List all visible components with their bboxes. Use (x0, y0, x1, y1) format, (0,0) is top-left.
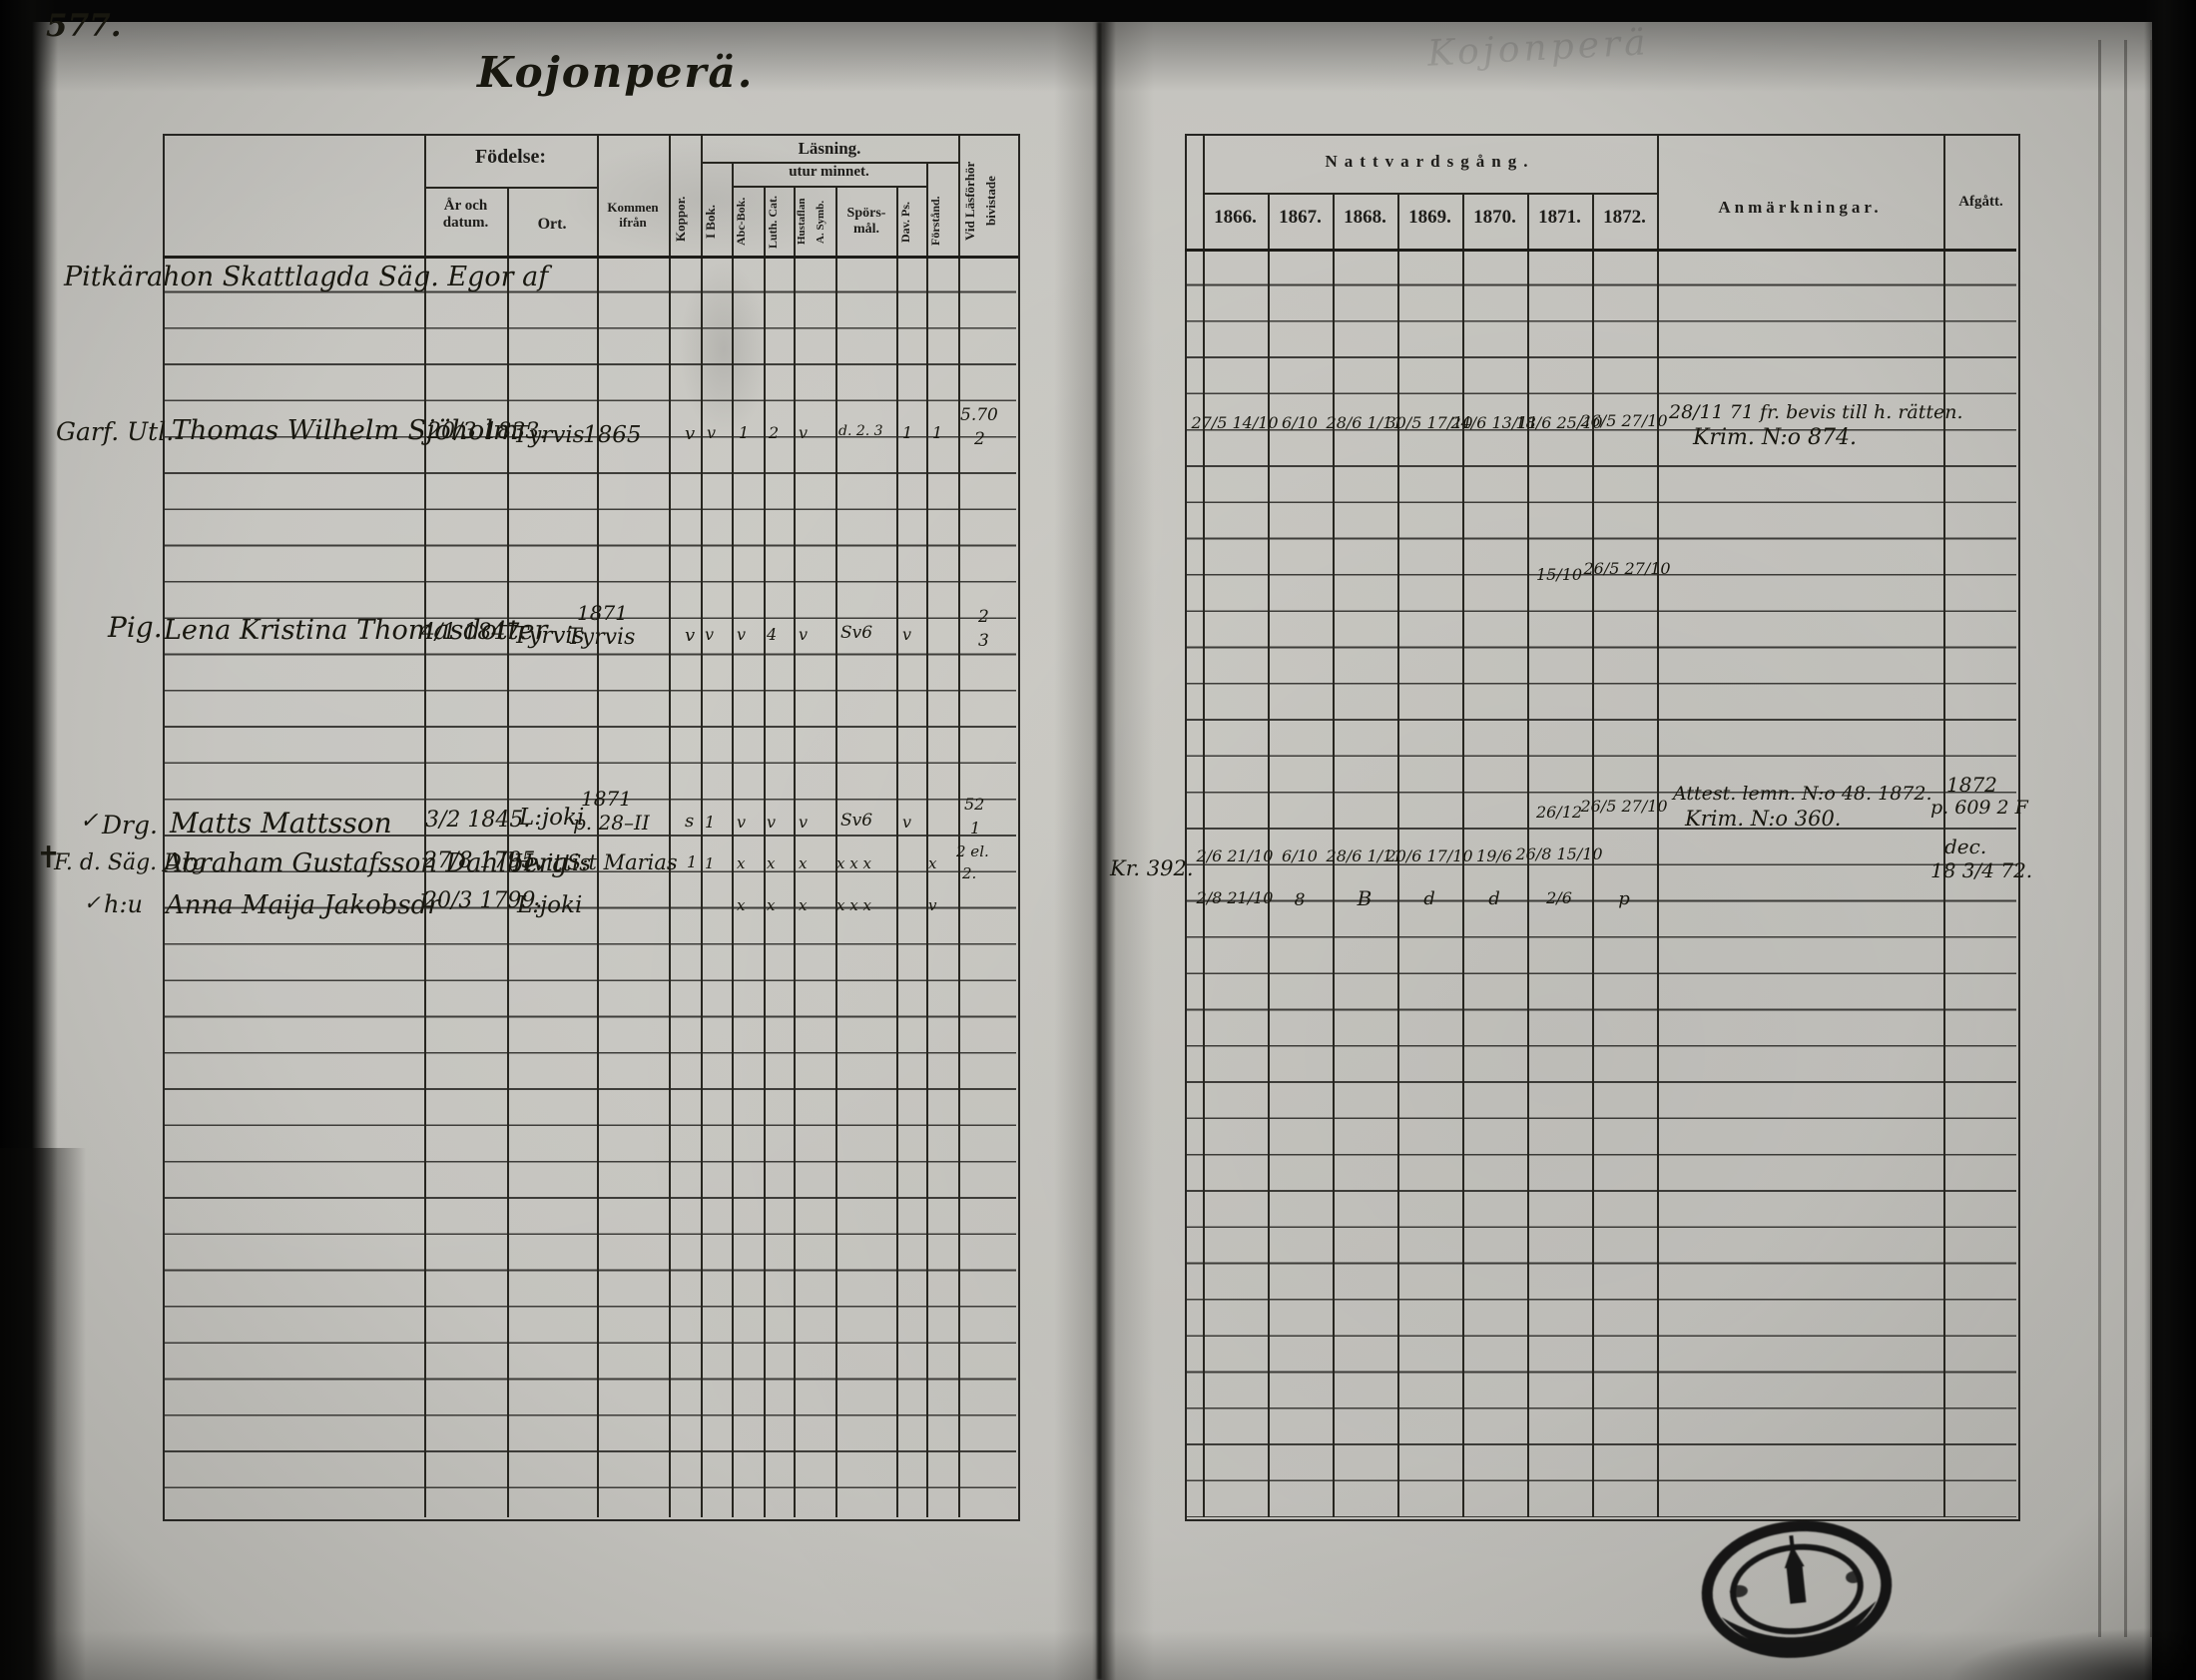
examination-mark: 52 (964, 795, 984, 814)
reading-mark: v (767, 813, 776, 832)
entry-name: Anna Maija Jakobsdr (166, 890, 440, 920)
column-header-luth-cat: Luth. Cat. (766, 190, 792, 254)
entry-arrived-year: 1871 (577, 601, 628, 625)
column-header-anmarkningar: Anmärkningar. (1657, 198, 1943, 218)
entry-margin-note: h:u (104, 890, 143, 918)
communion-dates-1872: 26/5 27/10 (1569, 411, 1679, 430)
entry-birthplace: L:joki (517, 892, 582, 918)
column-header-dav-ps: Dav. Ps. (898, 190, 924, 254)
communion-dates-1872: 26/5 27/10 (1569, 797, 1679, 816)
examination-mark: 1 (970, 819, 980, 838)
column-header-sporsmal: Spörs- mål. (837, 206, 895, 238)
scan-edge-left-bottom (0, 1148, 86, 1680)
reading-mark: x x x (836, 896, 871, 914)
ruled-grid-right (1187, 250, 2016, 1517)
header-bottom-line (163, 256, 1018, 259)
header-bottom-line (1185, 249, 2016, 252)
column-divider (732, 162, 734, 1517)
book-fold-line (1097, 22, 1102, 1680)
examination-mark: 5.70 (960, 405, 998, 425)
column-divider (835, 186, 837, 1517)
entry-birthdate: 4/1 1847. (421, 620, 526, 645)
entry-smallpox-mark: v (685, 625, 695, 646)
reading-mark: x (799, 896, 807, 914)
reading-mark: v (707, 423, 716, 442)
examination-mark: 2 el. (956, 842, 989, 860)
page-title: Kojonperä. (477, 48, 754, 97)
reading-mark: v (737, 625, 746, 644)
reading-mark: 4 (767, 625, 777, 644)
entry-birthplace: Tyrvis (513, 422, 584, 448)
column-header-utur-minnet: utur minnet. (732, 164, 926, 181)
reading-mark: 1 (705, 854, 715, 872)
reading-mark: 1 (902, 423, 912, 442)
reading-mark: v (705, 625, 714, 644)
column-divider (1657, 134, 1659, 1517)
book-fold-shadow (1054, 22, 1154, 1680)
column-header-fodelse: Födelse: (424, 146, 597, 169)
examination-mark: 2 (974, 429, 985, 449)
remark-line: 28/11 71 fr. bevis till h. rätten. (1669, 401, 1963, 423)
reading-mark: v (799, 625, 808, 644)
remark-line: Krim. N:o 874. (1693, 425, 1857, 450)
column-header-ar-och-datum: År och datum. (426, 198, 505, 232)
departure-note: dec. (1944, 835, 1986, 858)
reading-mark: x (767, 854, 775, 872)
column-header-hustaflan: Hustaflan (796, 190, 816, 254)
column-divider (764, 186, 766, 1517)
departure-note: 1872 (1946, 773, 1997, 797)
year-header-1866: 1866. (1203, 207, 1268, 229)
reading-mark: x (767, 896, 775, 914)
column-header-afgatt: Afgått. (1943, 194, 2018, 211)
entry-arrived-from: 1865 (583, 422, 642, 448)
column-header-abc-bok: Abc-Bok. (734, 190, 762, 254)
communion-dates-1872: p (1569, 888, 1679, 909)
column-divider (794, 186, 796, 1517)
column-header-kommen-ifran: Kommen ifrån (595, 200, 671, 230)
reading-mark: 1 (932, 423, 942, 442)
column-divider (669, 134, 671, 1517)
entry-name: Matts Mattsson (170, 807, 392, 840)
reading-mark: Sv6 (840, 811, 872, 831)
column-header-i-bok: I Bok. (703, 190, 731, 254)
departure-note: 18 3/4 72. (1930, 858, 2032, 882)
year-header-1868: 1868. (1333, 207, 1397, 229)
year-header-1871: 1871. (1527, 207, 1592, 229)
reading-mark: x (737, 896, 745, 914)
nattvardsgang-underline (1203, 193, 1657, 195)
page-stack-edges (2084, 40, 2154, 1637)
reading-mark: x (799, 854, 807, 872)
entry-check-mark: ✓ (84, 890, 101, 914)
fodelse-underline (424, 187, 599, 189)
reading-mark: v (902, 625, 911, 644)
archive-stamp-icon (1690, 1503, 1905, 1675)
reading-mark: 2 (769, 423, 779, 442)
column-header-vid-lasforhor-2: bivistade (983, 148, 1011, 254)
reading-mark: v (799, 423, 808, 442)
entry-check-mark: ✓ (80, 809, 98, 834)
column-header-a-symb: A. Symb. (815, 190, 834, 254)
entry-arrived-from: p. 28–II (573, 811, 650, 835)
reading-mark: v (799, 813, 808, 832)
column-header-koppor: Koppor. (673, 184, 699, 254)
entry-arrived-from: Tyrvis (567, 625, 635, 650)
column-header-forstand: Förstånd. (928, 188, 956, 254)
column-header-ort: Ort. (507, 216, 597, 234)
column-divider (1943, 134, 1945, 1517)
entry-arrived-from: S:t Marias (567, 850, 678, 874)
reading-mark: d. 2. 3 (838, 423, 883, 439)
examination-mark: 3 (978, 631, 989, 651)
remark-line: Attest. lemn. N:o 48. 1872. (1673, 783, 1932, 805)
departure-note: p. 609 2 F (1930, 797, 2028, 819)
examination-mark: 2 (978, 607, 989, 627)
reading-mark: x (928, 854, 936, 872)
column-divider (896, 186, 898, 1517)
examination-mark: 2. (962, 864, 976, 882)
entry-smallpox-mark: s (685, 811, 694, 832)
scan-corner-shadow (1946, 1627, 2196, 1680)
column-header-lasning: Läsning. (701, 139, 958, 159)
reading-mark: v (902, 813, 911, 832)
column-divider (701, 134, 703, 1517)
reading-mark: v (928, 896, 936, 914)
reading-mark: x (737, 854, 745, 872)
reading-mark: x x x (836, 854, 871, 872)
year-header-1872: 1872. (1592, 207, 1657, 229)
year-header-1869: 1869. (1397, 207, 1462, 229)
entry-margin-note: Garf. Utl. (56, 417, 174, 446)
entry-smallpox-mark: 1 (687, 852, 697, 871)
entry-birthdate: 3/2 1845. (425, 808, 530, 833)
year-header-1870: 1870. (1462, 207, 1527, 229)
entry-arrived-year: 1871 (581, 787, 632, 811)
entry-margin-note: Pig. (108, 611, 163, 644)
scanned-church-record-page: 577. Kojonperä. Kojonperä Födelse: År oc… (0, 0, 2196, 1680)
communion-dates-1872: 26/5 27/10 (1572, 559, 1682, 578)
column-header-nattvardsgang: Nattvardsgång. (1203, 152, 1657, 172)
communion-dates-1871: 26/8 15/10 (1504, 844, 1614, 863)
column-divider (1203, 134, 1205, 1517)
remark-line: Krim. N:o 360. (1685, 807, 1842, 831)
entry-margin-note: Drg. (102, 811, 158, 840)
entry-estate-heading: Pitkärahon Skattlagda Säg. Egor af (64, 262, 548, 292)
utur-minnet-underline (732, 186, 926, 188)
reading-mark: 1 (705, 813, 715, 832)
reading-mark: Sv6 (840, 623, 872, 643)
page-number: 577. (46, 8, 122, 44)
entry-smallpox-mark: v (685, 423, 695, 444)
reading-mark: 1 (739, 423, 749, 442)
reading-mark: v (737, 813, 746, 832)
column-divider (926, 162, 928, 1517)
column-divider (958, 134, 960, 1517)
year-header-1867: 1867. (1268, 207, 1333, 229)
